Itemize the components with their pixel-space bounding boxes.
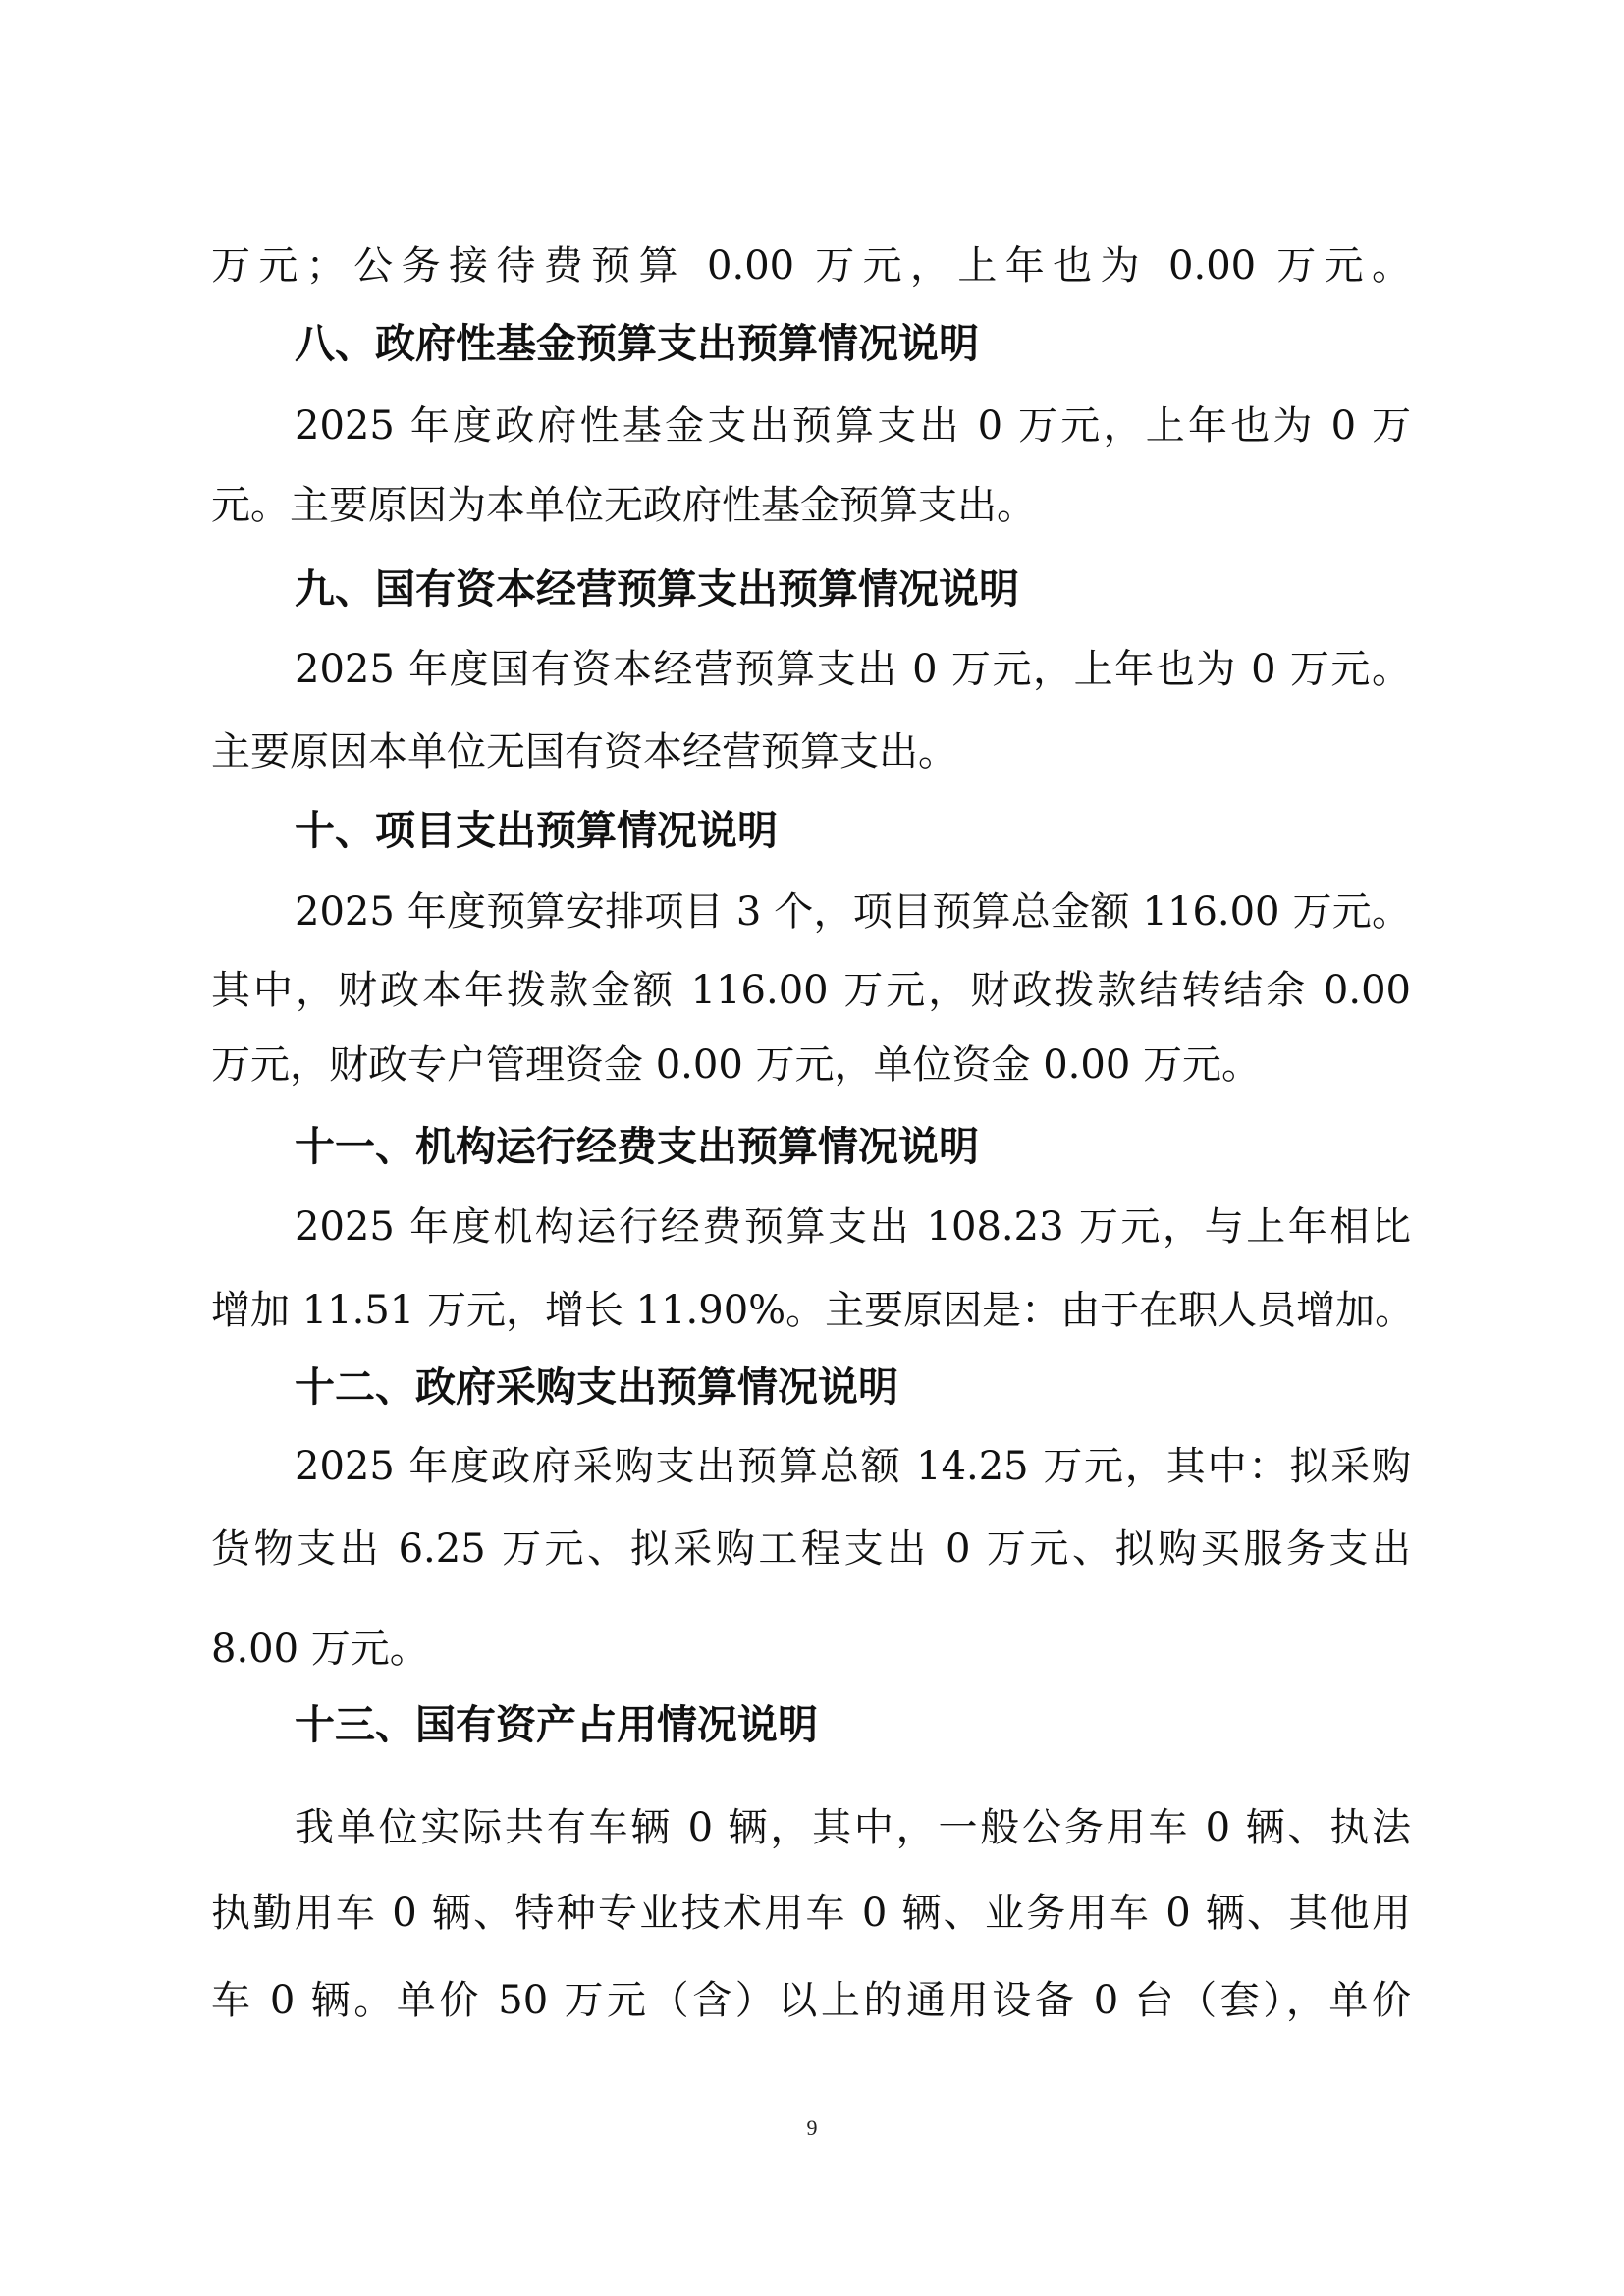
paragraph-line: 主要原因本单位无国有资本经营预算支出。 <box>211 722 1411 781</box>
section-heading-12: 十二、政府采购支出预算情况说明 <box>295 1358 1411 1416</box>
paragraph-line: 我单位实际共有车辆 0 辆，其中，一般公务用车 0 辆、执法 <box>295 1798 1411 1857</box>
paragraph-line: 元。主要原因为本单位无政府性基金预算支出。 <box>211 476 1411 535</box>
section-heading-11: 十一、机构运行经费支出预算情况说明 <box>295 1117 1411 1176</box>
paragraph-line: 执勤用车 0 辆、特种专业技术用车 0 辆、业务用车 0 辆、其他用 <box>211 1884 1411 1943</box>
paragraph-line: 车 0 辆。单价 50 万元（含）以上的通用设备 0 台（套），单价 <box>211 1971 1411 2030</box>
paragraph-line: 万元，财政专户管理资金 0.00 万元，单位资金 0.00 万元。 <box>211 1036 1411 1095</box>
section-heading-10: 十、项目支出预算情况说明 <box>295 801 1411 860</box>
section-heading-13: 十三、国有资产占用情况说明 <box>295 1695 1411 1754</box>
paragraph-line: 2025 年度机构运行经费预算支出 108.23 万元，与上年相比 <box>295 1198 1411 1256</box>
paragraph-line: 货物支出 6.25 万元、拟采购工程支出 0 万元、拟购买服务支出 <box>211 1520 1411 1578</box>
paragraph-line: 2025 年度政府采购支出预算总额 14.25 万元，其中：拟采购 <box>295 1437 1411 1496</box>
paragraph-line: 8.00 万元。 <box>211 1620 1411 1679</box>
paragraph-line: 增加 11.51 万元，增长 11.90%。主要原因是：由于在职人员增加。 <box>211 1281 1411 1340</box>
paragraph-line: 2025 年度国有资本经营预算支出 0 万元，上年也为 0 万元。 <box>295 640 1411 699</box>
paragraph-line: 万元；公务接待费预算 0.00 万元，上年也为 0.00 万元。 <box>211 237 1411 295</box>
section-heading-8: 八、政府性基金预算支出预算情况说明 <box>295 314 1411 373</box>
paragraph-line: 2025 年度预算安排项目 3 个，项目预算总金额 116.00 万元。 <box>295 882 1411 941</box>
paragraph-line: 2025 年度政府性基金支出预算支出 0 万元，上年也为 0 万 <box>295 397 1411 455</box>
paragraph-line: 其中，财政本年拨款金额 116.00 万元，财政拨款结转结余 0.00 <box>211 961 1411 1020</box>
page-number: 9 <box>0 2115 1624 2141</box>
section-heading-9: 九、国有资本经营预算支出预算情况说明 <box>295 560 1411 618</box>
